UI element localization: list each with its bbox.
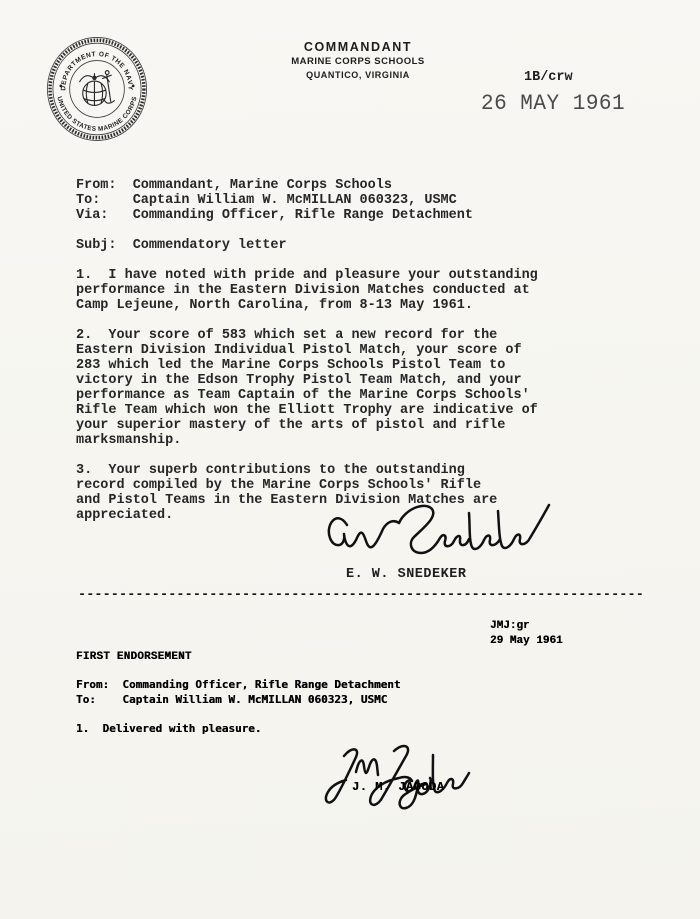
letter-body-text: From: Commandant, Marine Corps Schools T… — [76, 178, 538, 523]
jagoda-signature — [320, 742, 472, 812]
snedeker-typed-name: E. W. SNEDEKER — [346, 567, 466, 582]
endorsement-body-text: From: Commanding Officer, Rifle Range De… — [76, 678, 401, 736]
seal-left-dot — [59, 84, 62, 87]
letterhead: COMMANDANT MARINE CORPS SCHOOLS QUANTICO… — [228, 40, 488, 81]
endorsement-title: FIRST ENDORSEMENT — [76, 651, 192, 663]
letterhead-subtitle-1: MARINE CORPS SCHOOLS — [228, 55, 488, 68]
scanned-letter-page: DEPARTMENT OF THE NAVY UNITED STATES MAR… — [0, 0, 700, 919]
endorsement-reference-block: JMJ:gr 29 May 1961 — [490, 619, 563, 649]
marine-corps-seal: DEPARTMENT OF THE NAVY UNITED STATES MAR… — [46, 36, 148, 142]
jagoda-typed-name: J. M. JAGODA — [352, 780, 444, 794]
endorsement-typist-initials: JMJ:gr — [490, 619, 563, 634]
endorsement-date: 29 May 1961 — [490, 634, 563, 649]
received-date-stamp: 26 MAY 1961 — [481, 92, 625, 116]
seal-right-dot — [132, 84, 135, 87]
letterhead-subtitle-2: QUANTICO, VIRGINIA — [228, 69, 488, 81]
snedeker-signature — [323, 501, 551, 565]
eagle-globe-anchor-icon — [80, 71, 115, 106]
letterhead-title: COMMANDANT — [228, 40, 488, 54]
reference-code: 1B/crw — [524, 70, 573, 85]
dashed-separator: ----------------------------------------… — [78, 588, 644, 603]
